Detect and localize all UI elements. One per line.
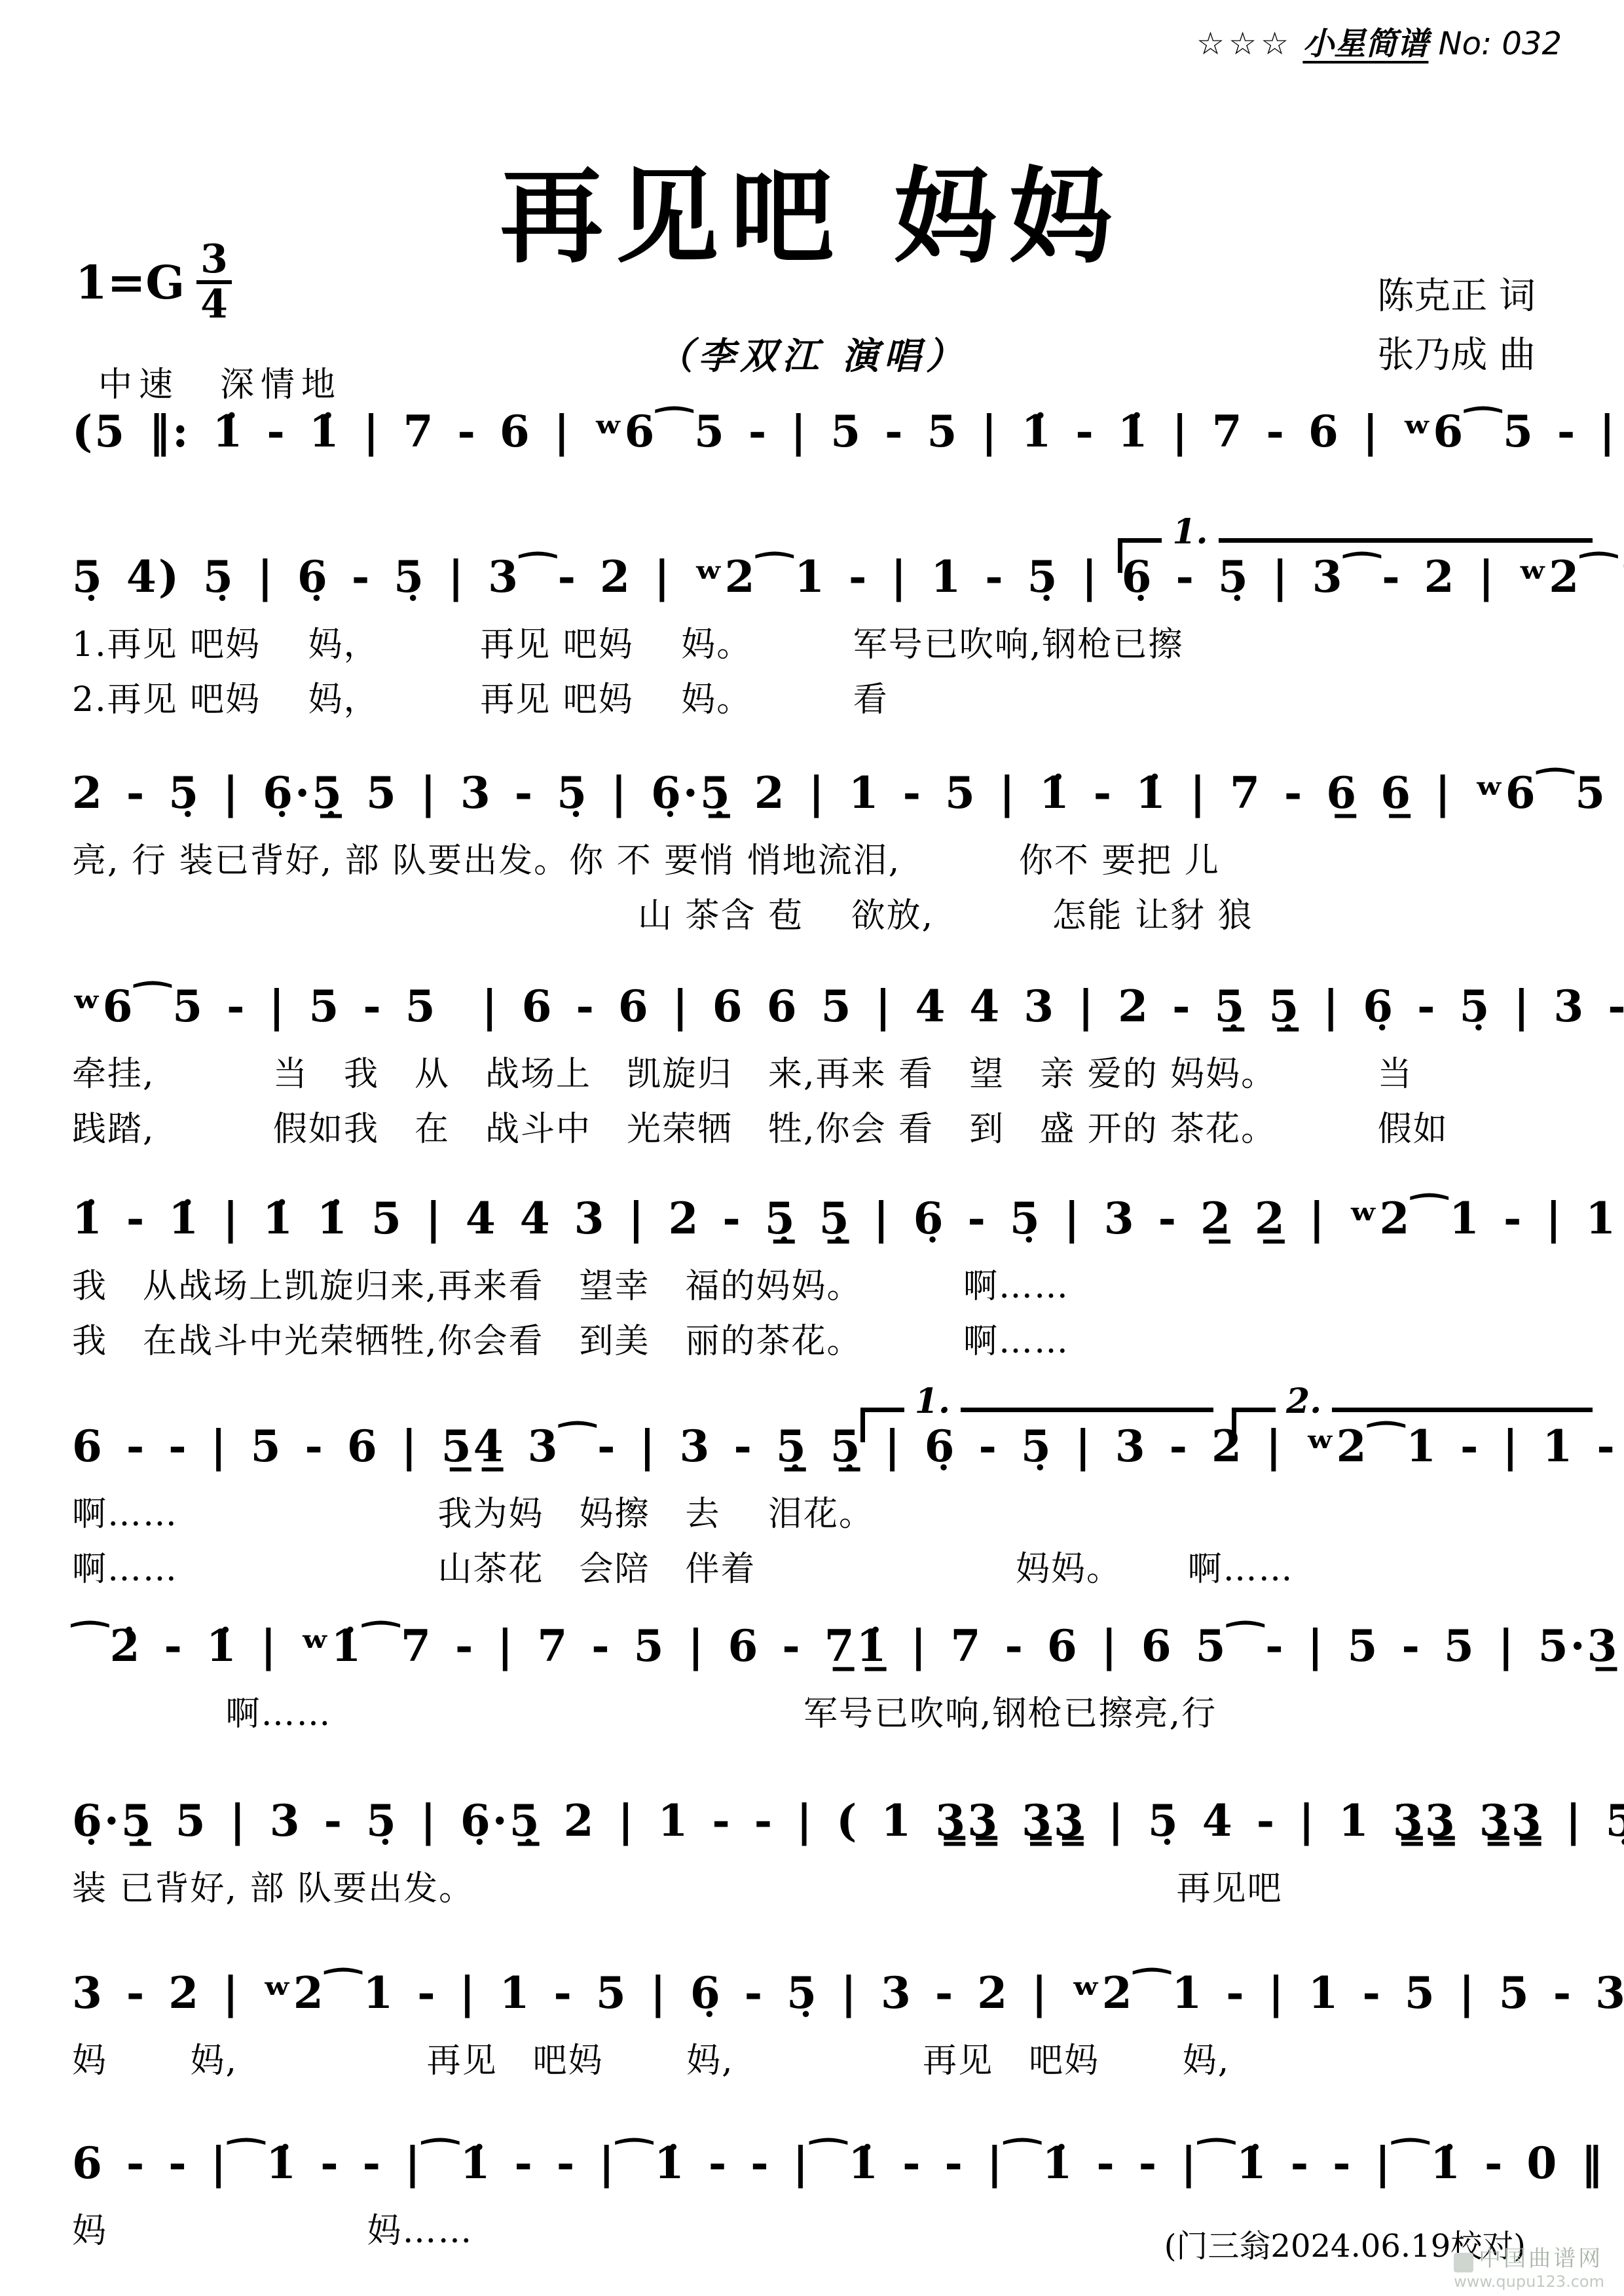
notation-line: 2 - 5̣ | 6̣·5̲̣ 5 | 3 - 5̣ | 6̣·5̲̣ 2 | … <box>72 754 1588 831</box>
issue-number: No: 032 <box>1439 26 1562 62</box>
site-name: 中国曲谱网 <box>1479 2246 1603 2272</box>
lyric-line: 山 茶含 苞 欲放, 怎能 让豺 狼 <box>72 890 1588 941</box>
tonic: 1=G <box>75 255 185 310</box>
lyricist-credit: 陈克正 词 <box>1377 267 1536 326</box>
meter-numerator: 3 <box>196 239 232 284</box>
notation-line: 1̇ - 1̇ | 1̇ 1̇ 5 | 4 4 3 | 2 - 5̲̣ 5̲̣ … <box>72 1180 1588 1257</box>
music-system-9: 3 - 2 | ʷ2⁀1 - | 1 - 5 | 6̣ - 5̣ | 3 - 2… <box>72 1954 1588 2086</box>
composer-credit: 张乃成 曲 <box>1377 326 1536 385</box>
site-logo-icon <box>1454 2253 1473 2272</box>
lyric-line: 装 已背好, 部 队要出发。 再见吧 <box>72 1863 1588 1914</box>
lyric-line: 啊…… 山茶花 会陪 伴着 妈妈。 啊…… <box>72 1544 1588 1595</box>
music-system-2: 1. 5̣ 4) 5̣ | 6̣ - 5̣ | 3⁀- 2 | ʷ2⁀1 - |… <box>72 538 1588 725</box>
key-signature: 1=G 3 4 <box>75 239 232 325</box>
header: ☆☆☆ 小星简谱 No: 032 <box>1196 18 1562 64</box>
lyric-line: 践踏, 假如我 在 战斗中 光荣牺 牲,你会 看 到 盛 开的 茶花。 假如 <box>72 1104 1588 1155</box>
series-name: 小星简谱 <box>1302 26 1428 62</box>
music-system-8: 6̣·5̲̣ 5 | 3 - 5̣ | 6̣·5̲̣ 2 | 1 - - | (… <box>72 1782 1588 1914</box>
volta-label: 1. <box>904 1385 961 1419</box>
volta-label: 2. <box>1276 1385 1332 1419</box>
music-system-1: (5 ‖: 1̇ - 1̇ | 7 - 6 | ʷ6⁀5 - | 5 - 5 |… <box>72 393 1588 470</box>
notation-line: 3 - 2 | ʷ2⁀1 - | 1 - 5 | 6̣ - 5̣ | 3 - 2… <box>72 1954 1588 2032</box>
site-url: www.qupu123.com <box>1454 2272 1604 2291</box>
notation-line: ⁀2̇ - 1̇ | ʷ1̇⁀7 - | 7 - 5 | 6 - 7̲1̲̇ |… <box>72 1607 1588 1685</box>
music-system-3: 2 - 5̣ | 6̣·5̲̣ 5 | 3 - 5̣ | 6̣·5̲̣ 2 | … <box>72 754 1588 941</box>
sheet-music-page: ☆☆☆ 小星简谱 No: 032 再见吧 妈妈 （李双江 演唱） 1=G 3 4… <box>0 0 1624 2296</box>
time-signature: 3 4 <box>196 239 232 325</box>
music-system-7: ⁀2̇ - 1̇ | ʷ1̇⁀7 - | 7 - 5 | 6 - 7̲1̲̇ |… <box>72 1607 1588 1740</box>
star-icons: ☆☆☆ <box>1196 26 1293 62</box>
lyric-line: 牵挂, 当 我 从 战场上 凯旋归 来,再来 看 望 亲 爱的 妈妈。 当 <box>72 1049 1588 1100</box>
lyric-line: 2.再见 吧妈 妈， 再见 吧妈 妈。 看 <box>72 674 1588 725</box>
notation-line: 6 - - |⁀1̇ - - |⁀1̇ - - |⁀1̇ - - |⁀1̇ - … <box>72 2124 1588 2202</box>
lyric-line: 1.再见 吧妈 妈， 再见 吧妈 妈。 军号已吹响,钢枪已擦 <box>72 619 1588 670</box>
lyric-line: 我 在战斗中光荣牺牲,你会看 到美 丽的茶花。 啊…… <box>72 1316 1588 1367</box>
volta-label: 1. <box>1162 515 1218 549</box>
volta-bracket: 2. <box>1232 1408 1593 1442</box>
watermark: 中国曲谱网 www.qupu123.com <box>1454 2240 1604 2291</box>
lyric-line: 妈 妈, 再见 吧妈 妈, 再见 吧妈 妈, <box>72 2035 1588 2086</box>
music-system-5: 1̇ - 1̇ | 1̇ 1̇ 5 | 4 4 3 | 2 - 5̲̣ 5̲̣ … <box>72 1180 1588 1367</box>
music-system-4: ʷ6⁀5 - | 5 - 5 | 6 - 6 | 6 6 5 | 4 4 3 |… <box>72 968 1588 1155</box>
volta-bracket: 1. <box>860 1408 1213 1442</box>
lyric-line: 啊…… 我为妈 妈擦 去 泪花。 <box>72 1489 1588 1540</box>
lyric-line: 我 从战场上凯旋归来,再来看 望幸 福的妈妈。 啊…… <box>72 1261 1588 1312</box>
credits: 陈克正 词 张乃成 曲 <box>1377 267 1536 384</box>
lyric-line: 啊…… 军号已吹响,钢枪已擦亮,行 <box>72 1688 1588 1740</box>
notation-line: 6̣·5̲̣ 5 | 3 - 5̣ | 6̣·5̲̣ 2 | 1 - - | (… <box>72 1782 1588 1859</box>
meter-denominator: 4 <box>196 284 232 325</box>
lyric-line: 亮, 行 装已背好, 部 队要出发。你 不 要悄 悄地流泪, 你不 要把 儿 <box>72 835 1588 886</box>
notation-line: (5 ‖: 1̇ - 1̇ | 7 - 6 | ʷ6⁀5 - | 5 - 5 |… <box>72 393 1588 470</box>
volta-bracket: 1. <box>1118 538 1593 573</box>
music-system-6: 1. 2. 6 - - | 5 - 6 | 5̲4̲ 3⁀- | 3 - 5̲̣… <box>72 1408 1588 1595</box>
notation-line: ʷ6⁀5 - | 5 - 5 | 6 - 6 | 6 6 5 | 4 4 3 |… <box>72 968 1588 1045</box>
song-title: 再见吧 妈妈 <box>0 134 1624 283</box>
